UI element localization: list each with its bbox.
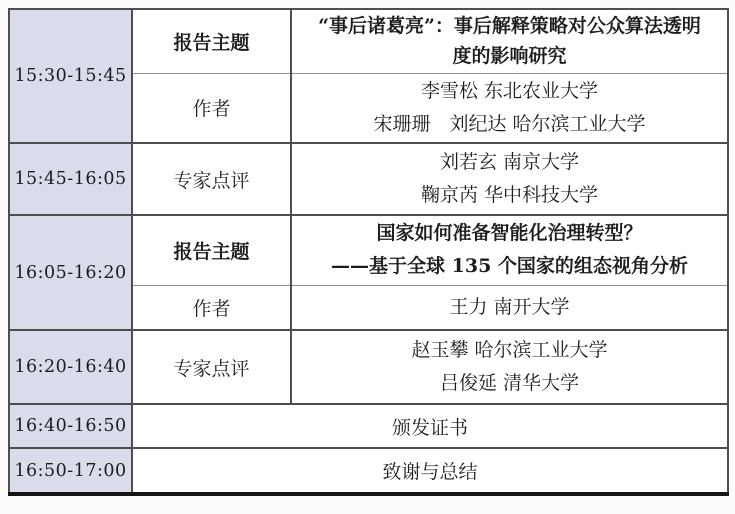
label-cell-topic: 报告主题	[132, 9, 291, 73]
text-line: 鞠京芮 华中科技大学	[292, 179, 727, 212]
table-row: 16:05-16:20 报告主题 国家如何准备智能化治理转型？ ——基于全球 1…	[9, 215, 728, 285]
text-line: 王力 南开大学	[292, 291, 727, 324]
label-cell-author: 作者	[132, 73, 291, 143]
table-row: 15:45-16:05 专家点评 刘若玄 南京大学 鞠京芮 华中科技大学	[9, 143, 728, 215]
table-row: 16:50-17:00 致谢与总结	[9, 448, 728, 494]
text-line: 赵玉攀 哈尔滨工业大学	[292, 334, 727, 367]
text-line: 吕俊延 清华大学	[292, 367, 727, 400]
closing-cell: 致谢与总结	[132, 448, 728, 494]
text-line: “事后诸葛亮”：事后解释策略对公众算法透明	[292, 11, 727, 41]
label-cell-review: 专家点评	[132, 330, 291, 404]
time-cell: 16:20-16:40	[9, 330, 132, 404]
time-cell: 16:40-16:50	[9, 404, 132, 448]
agenda-wrapper: 15:30-15:45 报告主题 “事后诸葛亮”：事后解释策略对公众算法透明 度…	[8, 8, 729, 496]
label-cell-review: 专家点评	[132, 143, 291, 215]
ceremony-cell: 颁发证书	[132, 404, 728, 448]
time-cell: 15:30-15:45	[9, 9, 132, 143]
table-row: 16:20-16:40 专家点评 赵玉攀 哈尔滨工业大学 吕俊延 清华大学	[9, 330, 728, 404]
table-row: 16:40-16:50 颁发证书	[9, 404, 728, 448]
time-cell: 16:05-16:20	[9, 215, 132, 330]
text-line: ——基于全球 135 个国家的组态视角分析	[292, 250, 727, 283]
label-cell-topic: 报告主题	[132, 215, 291, 285]
authors-cell: 王力 南开大学	[291, 285, 728, 330]
text-line: 刘若玄 南京大学	[292, 146, 727, 179]
text-line: 李雪松 东北农业大学	[292, 75, 727, 108]
text-line: 国家如何准备智能化治理转型？	[292, 217, 727, 250]
agenda-table: 15:30-15:45 报告主题 “事后诸葛亮”：事后解释策略对公众算法透明 度…	[8, 8, 729, 496]
review-cell: 刘若玄 南京大学 鞠京芮 华中科技大学	[291, 143, 728, 215]
table-row: 15:30-15:45 报告主题 “事后诸葛亮”：事后解释策略对公众算法透明 度…	[9, 9, 728, 73]
topic-cell: “事后诸葛亮”：事后解释策略对公众算法透明 度的影响研究	[291, 9, 728, 73]
label-cell-author: 作者	[132, 285, 291, 330]
time-cell: 15:45-16:05	[9, 143, 132, 215]
text-line: 宋珊珊 刘纪达 哈尔滨工业大学	[292, 108, 727, 141]
topic-cell: 国家如何准备智能化治理转型？ ——基于全球 135 个国家的组态视角分析	[291, 215, 728, 285]
time-cell: 16:50-17:00	[9, 448, 132, 494]
authors-cell: 李雪松 东北农业大学 宋珊珊 刘纪达 哈尔滨工业大学	[291, 73, 728, 143]
text-line: 度的影响研究	[292, 41, 727, 71]
review-cell: 赵玉攀 哈尔滨工业大学 吕俊延 清华大学	[291, 330, 728, 404]
